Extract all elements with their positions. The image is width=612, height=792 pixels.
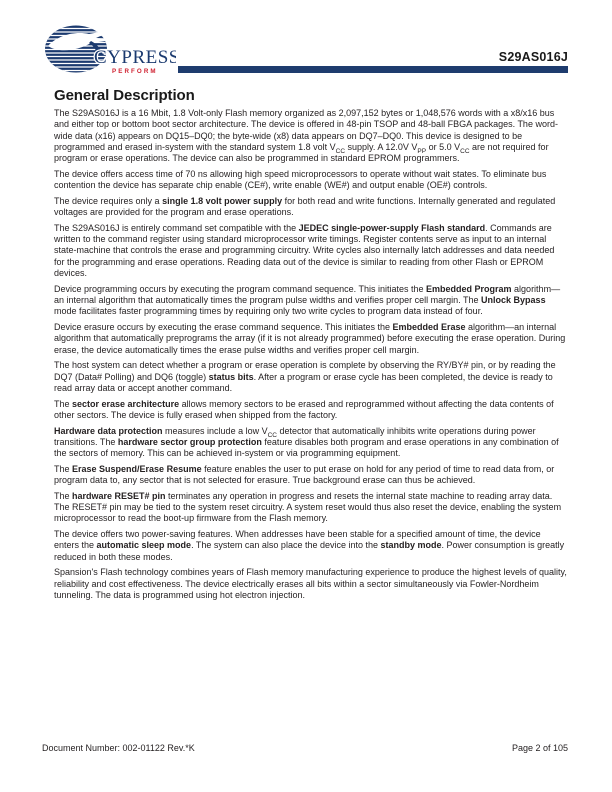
page-footer: Document Number: 002-01122 Rev.*K Page 2… [42,743,568,753]
bold-run: Hardware data protection [54,426,163,436]
doc-paragraphs: The S29AS016J is a 16 Mbit, 1.8 Volt-onl… [54,108,567,601]
bold-run: status bits [209,372,254,382]
logo-brand-text: CYPRESS [94,47,176,68]
bold-run: JEDEC single-power-supply Flash standard [299,223,486,233]
text-run: Spansion's Flash technology combines yea… [54,567,567,600]
cypress-logo: CYPRESS PERFORM [44,24,176,76]
content: General Description The S29AS016J is a 1… [54,87,567,606]
paragraph: Device programming occurs by executing t… [54,284,567,318]
bold-run: hardware RESET# pin [72,491,166,501]
text-run: or 5.0 V [426,142,460,152]
subscript-run: CC [460,148,469,155]
bold-run: standby mode [381,540,442,550]
text-run: Device erasure occurs by executing the e… [54,322,393,332]
text-run: The [54,491,72,501]
header-rule [178,66,568,73]
document-page: CYPRESS PERFORM S29AS016J General Descri… [0,0,612,792]
text-run: measures include a low V [163,426,268,436]
bold-run: Embedded Program [426,284,512,294]
paragraph: The device requires only a single 1.8 vo… [54,196,567,219]
paragraph: Device erasure occurs by executing the e… [54,322,567,356]
page-number: Page 2 of 105 [512,743,568,753]
paragraph: The host system can detect whether a pro… [54,360,567,394]
paragraph: The Erase Suspend/Erase Resume feature e… [54,464,567,487]
bold-run: Unlock Bypass [481,295,546,305]
section-title: General Description [54,87,567,104]
text-run: The [54,399,72,409]
paragraph: The sector erase architecture allows mem… [54,399,567,422]
text-run: mode facilitates faster programming time… [54,306,483,316]
bold-run: hardware sector group protection [118,437,262,447]
paragraph: The S29AS016J is entirely command set co… [54,223,567,279]
text-run: The [54,464,72,474]
paragraph: The S29AS016J is a 16 Mbit, 1.8 Volt-onl… [54,108,567,164]
text-run: The device requires only a [54,196,162,206]
paragraph: Hardware data protection measures includ… [54,426,567,460]
bold-run: single 1.8 volt power supply [162,196,282,206]
paragraph: Spansion's Flash technology combines yea… [54,567,567,601]
paragraph: The device offers access time of 70 ns a… [54,169,567,192]
text-run: Device programming occurs by executing t… [54,284,426,294]
document-number: Document Number: 002-01122 Rev.*K [42,743,195,753]
bold-run: automatic sleep mode [97,540,192,550]
bold-run: Embedded Erase [393,322,466,332]
bold-run: sector erase architecture [72,399,179,409]
text-run: . The system can also place the device i… [191,540,380,550]
text-run: supply. A 12.0V V [345,142,417,152]
paragraph: The device offers two power-saving featu… [54,529,567,563]
logo-tagline-text: PERFORM [112,68,158,75]
paragraph: The hardware RESET# pin terminates any o… [54,491,567,525]
bold-run: Erase Suspend/Erase Resume [72,464,202,474]
product-id: S29AS016J [499,50,568,64]
text-run: The device offers access time of 70 ns a… [54,169,546,190]
text-run: The S29AS016J is entirely command set co… [54,223,299,233]
